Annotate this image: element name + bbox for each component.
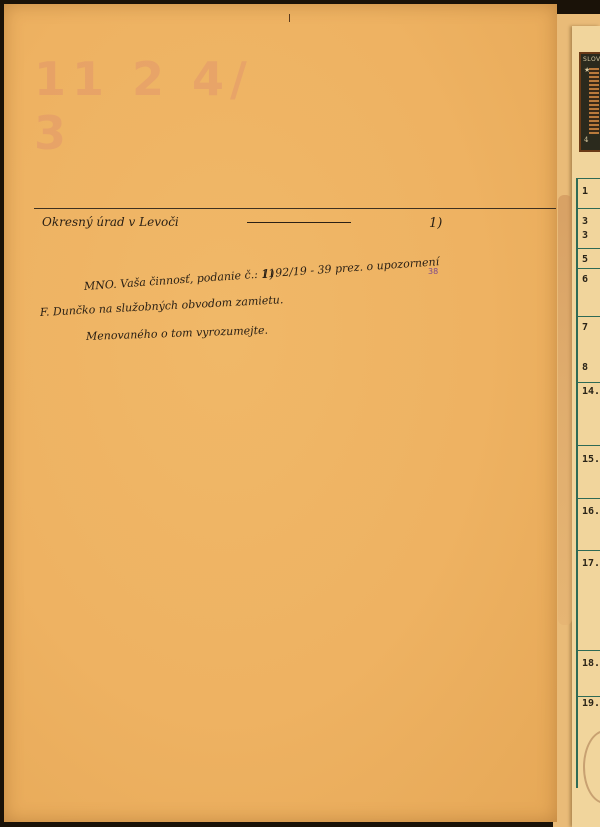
underline-dash bbox=[247, 222, 351, 223]
ledger-row-number: 15. bbox=[582, 454, 600, 465]
body-line-2: F. Dunčko na služobných obvodom zamietu. bbox=[40, 293, 284, 319]
footnote-marker: 1) bbox=[429, 216, 442, 231]
postage-stamp: SLOV ★ 4 bbox=[579, 52, 600, 152]
ledger-row-number: 3 bbox=[582, 216, 588, 227]
ledger-row-number: 3 bbox=[582, 230, 588, 241]
horizontal-rule bbox=[34, 208, 556, 209]
pencil-mark bbox=[289, 14, 290, 22]
stamp-image bbox=[589, 68, 599, 134]
document-page: 11 2 4/ 3 Okresný úrad v Levoči 1) 1) 38… bbox=[4, 4, 557, 822]
ledger-row-number: 6 bbox=[582, 274, 588, 285]
ledger-row-number: 16. bbox=[582, 506, 600, 517]
ledger-row-number: 8 bbox=[582, 362, 588, 373]
stamp-label: SLOV bbox=[583, 56, 600, 63]
ledger-row-number: 19./ bbox=[582, 698, 600, 709]
ledger-table: 1 3 3 5 6 7 8 14. 15. 16. 17. 18./ 19./ bbox=[576, 178, 600, 788]
body-line-1: MNO. Vaša činnosť, podanie č.: 1192/19 -… bbox=[84, 255, 440, 293]
ledger-row-number: 18./ bbox=[582, 658, 600, 669]
faded-stamp: 11 2 4/ 3 bbox=[34, 52, 274, 122]
stamp-value: 4 bbox=[584, 136, 588, 144]
ledger-row-number: 1 bbox=[582, 186, 588, 197]
ledger-row-number: 5 bbox=[582, 254, 588, 265]
water-stain bbox=[558, 195, 572, 625]
ledger-row-number: 7 bbox=[582, 322, 588, 333]
ledger-row-number: 17. bbox=[582, 558, 600, 569]
body-line-3: Menovaného o tom vyrozumejte. bbox=[86, 324, 268, 343]
office-heading: Okresný úrad v Levoči bbox=[42, 215, 179, 229]
ledger-row-number: 14. bbox=[582, 386, 600, 397]
